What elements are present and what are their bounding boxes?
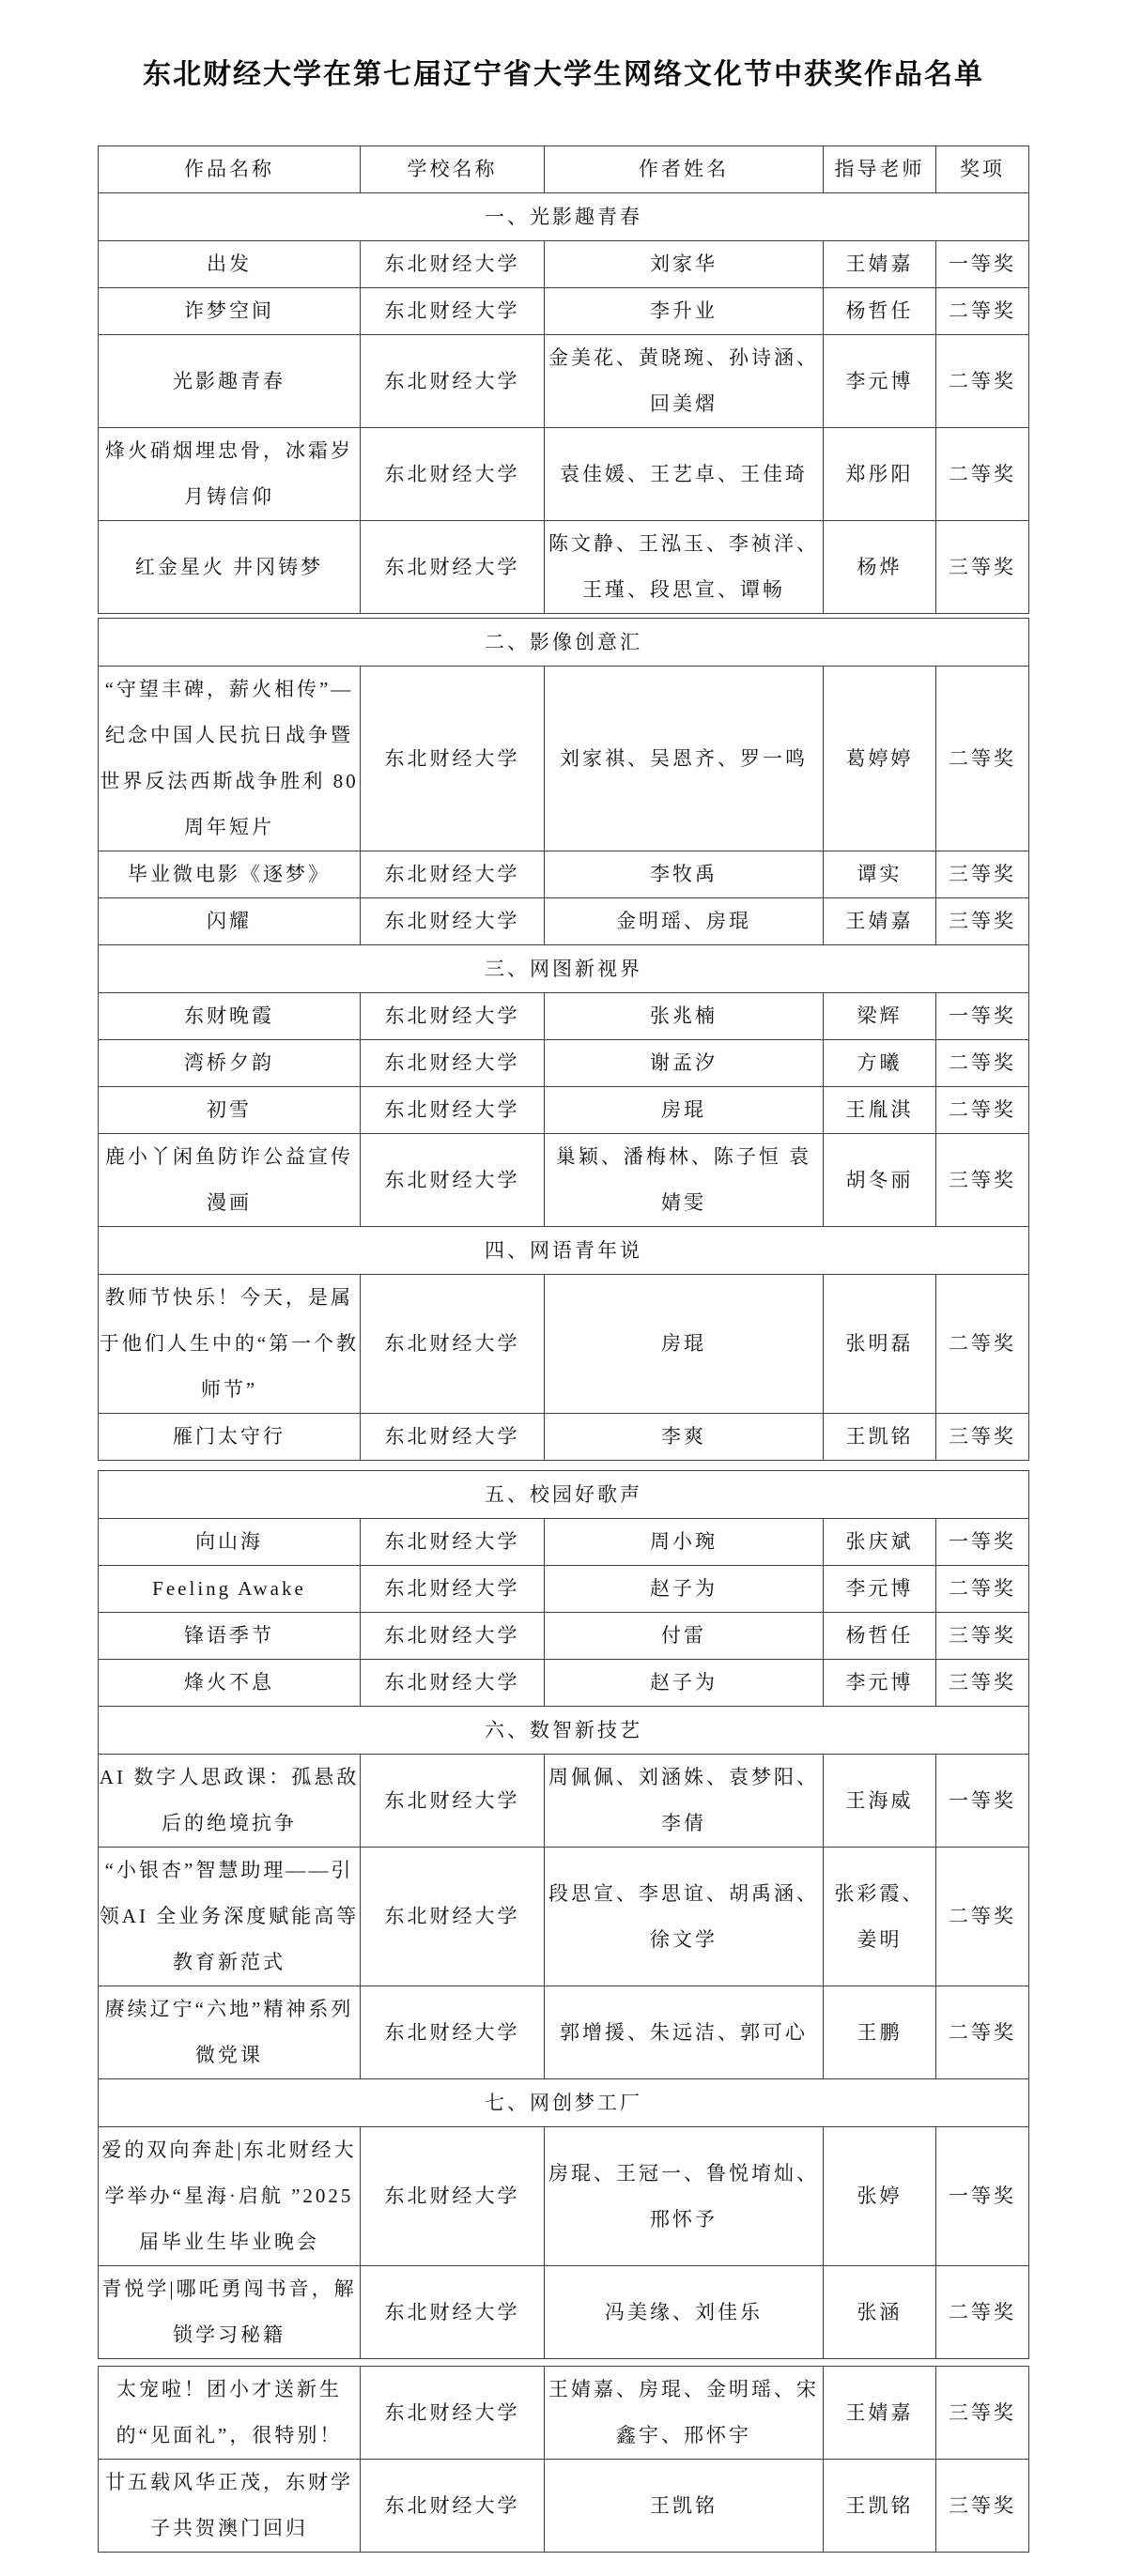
work-title-cell: 烽火硝烟埋忠骨，冰霜岁月铸信仰 [99,428,361,521]
work-title-cell: 教师节快乐！今天，是属于他们人生中的“第一个教师节” [99,1275,361,1414]
work-title-cell: 湾桥夕韵 [99,1040,361,1087]
advisor-cell: 王凯铭 [824,1414,936,1461]
school-cell: 东北财经大学 [361,1566,545,1613]
work-title-cell: 廿五载风华正茂，东财学子共贺澳门回归 [99,2460,361,2553]
school-cell: 东北财经大学 [361,241,545,288]
award-cell: 二等奖 [936,2266,1029,2359]
award-cell: 二等奖 [936,667,1029,851]
work-title-cell: 初雪 [99,1087,361,1134]
school-cell: 东北财经大学 [361,1848,545,1986]
award-cell: 三等奖 [936,521,1029,614]
award-cell: 一等奖 [936,993,1029,1040]
work-title-cell: 闪耀 [99,898,361,945]
school-cell: 东北财经大学 [361,1275,545,1414]
authors-cell: 郭增援、朱远洁、郭可心 [545,1986,824,2079]
school-cell: 东北财经大学 [361,1755,545,1848]
table-header-cell: 学校名称 [361,146,545,193]
school-cell: 东北财经大学 [361,335,545,428]
table-row: 湾桥夕韵东北财经大学谢孟汐方曦二等奖 [99,1040,1029,1087]
section-band-row: 五、校园好歌声 [99,1471,1029,1519]
table-row: 青悦学|哪吒勇闯书音，解锁学习秘籍东北财经大学冯美缘、刘佳乐张涵二等奖 [99,2266,1029,2359]
work-title-cell: 鹿小丫闲鱼防诈公益宣传漫画 [99,1134,361,1227]
table-row: 烽火硝烟埋忠骨，冰霜岁月铸信仰东北财经大学袁佳媛、王艺卓、王佳琦郑彤阳二等奖 [99,428,1029,521]
advisor-cell: 张涵 [824,2266,936,2359]
authors-cell: 周佩佩、刘涵姝、袁梦阳、李倩 [545,1755,824,1848]
award-cell: 二等奖 [936,1040,1029,1087]
authors-cell: 房琨 [545,1275,824,1414]
advisor-cell: 张彩霞、姜明 [824,1848,936,1986]
award-cell: 二等奖 [936,428,1029,521]
authors-cell: 李爽 [545,1414,824,1461]
table-row: 毕业微电影《逐梦》东北财经大学李牧禹谭实三等奖 [99,851,1029,898]
advisor-cell: 李元博 [824,335,936,428]
award-cell: 二等奖 [936,1275,1029,1414]
advisor-cell: 张明磊 [824,1275,936,1414]
authors-cell: 冯美缘、刘佳乐 [545,2266,824,2359]
work-title-cell: 青悦学|哪吒勇闯书音，解锁学习秘籍 [99,2266,361,2359]
authors-cell: 刘家祺、吴恩齐、罗一鸣 [545,667,824,851]
table-row: 烽火不息东北财经大学赵子为李元博三等奖 [99,1660,1029,1707]
school-cell: 东北财经大学 [361,2127,545,2266]
advisor-cell: 梁辉 [824,993,936,1040]
school-cell: 东北财经大学 [361,1613,545,1660]
table-row: 出发东北财经大学刘家华王婧嘉一等奖 [99,241,1029,288]
authors-cell: 王婧嘉、房琨、金明瑶、宋鑫宇、邢怀宇 [545,2367,824,2460]
school-cell: 东北财经大学 [361,1986,545,2079]
advisor-cell: 杨烨 [824,521,936,614]
school-cell: 东北财经大学 [361,1087,545,1134]
authors-cell: 房琨、王冠一、鲁悦堉灿、邢怀予 [545,2127,824,2266]
table-row: Feeling Awake东北财经大学赵子为李元博二等奖 [99,1566,1029,1613]
award-cell: 二等奖 [936,1087,1029,1134]
table-row: 教师节快乐！今天，是属于他们人生中的“第一个教师节”东北财经大学房琨张明磊二等奖 [99,1275,1029,1414]
section-band: 三、网图新视界 [99,945,1029,993]
table-header-cell: 作品名称 [99,146,361,193]
advisor-cell: 王婧嘉 [824,2367,936,2460]
table-row: 雁门太守行东北财经大学李爽王凯铭三等奖 [99,1414,1029,1461]
award-cell: 三等奖 [936,1613,1029,1660]
advisor-cell: 胡冬丽 [824,1134,936,1227]
award-cell: 二等奖 [936,1986,1029,2079]
work-title-cell: AI 数字人思政课：孤悬敌后的绝境抗争 [99,1755,361,1848]
work-title-cell: 太宠啦！团小才送新生的“见面礼”，很特别！ [99,2367,361,2460]
school-cell: 东北财经大学 [361,428,545,521]
work-title-cell: “守望丰碑，薪火相传”—纪念中国人民抗日战争暨世界反法西斯战争胜利 80 周年短… [99,667,361,851]
work-title-cell: 爱的双向奔赴|东北财经大学举办“星海·启航 ”2025 届毕业生毕业晚会 [99,2127,361,2266]
table-row: 向山海东北财经大学周小琬张庆斌一等奖 [99,1519,1029,1566]
section-band-row: 三、网图新视界 [99,945,1029,993]
table-row: AI 数字人思政课：孤悬敌后的绝境抗争东北财经大学周佩佩、刘涵姝、袁梦阳、李倩王… [99,1755,1029,1848]
work-title-cell: 烽火不息 [99,1660,361,1707]
table-row: 东财晚霞东北财经大学张兆楠梁辉一等奖 [99,993,1029,1040]
school-cell: 东北财经大学 [361,288,545,335]
advisor-cell: 方曦 [824,1040,936,1087]
award-cell: 一等奖 [936,2127,1029,2266]
awards-table-page: 作品名称学校名称作者姓名指导老师奖项一、光影趣青春出发东北财经大学刘家华王婧嘉一… [98,146,1029,614]
school-cell: 东北财经大学 [361,2266,545,2359]
work-title-cell: 毕业微电影《逐梦》 [99,851,361,898]
section-band: 一、光影趣青春 [99,193,1029,241]
awards-table-page: 五、校园好歌声向山海东北财经大学周小琬张庆斌一等奖Feeling Awake东北… [98,1470,1029,2359]
advisor-cell: 王婧嘉 [824,241,936,288]
section-band: 二、影像创意汇 [99,619,1029,667]
section-band-row: 一、光影趣青春 [99,193,1029,241]
advisor-cell: 李元博 [824,1566,936,1613]
section-band-row: 六、数智新技艺 [99,1707,1029,1755]
award-cell: 三等奖 [936,2367,1029,2460]
award-cell: 一等奖 [936,241,1029,288]
advisor-cell: 王凯铭 [824,2460,936,2553]
table-row: 太宠啦！团小才送新生的“见面礼”，很特别！东北财经大学王婧嘉、房琨、金明瑶、宋鑫… [99,2367,1029,2460]
award-cell: 三等奖 [936,851,1029,898]
table-header-cell: 作者姓名 [545,146,824,193]
advisor-cell: 杨哲任 [824,288,936,335]
table-header-cell: 指导老师 [824,146,936,193]
school-cell: 东北财经大学 [361,1134,545,1227]
school-cell: 东北财经大学 [361,2460,545,2553]
authors-cell: 李牧禹 [545,851,824,898]
school-cell: 东北财经大学 [361,1040,545,1087]
school-cell: 东北财经大学 [361,1519,545,1566]
table-row: 赓续辽宁“六地”精神系列微党课东北财经大学郭增援、朱远洁、郭可心王鹏二等奖 [99,1986,1029,2079]
work-title-cell: 雁门太守行 [99,1414,361,1461]
award-cell: 二等奖 [936,1848,1029,1986]
table-header-row: 作品名称学校名称作者姓名指导老师奖项 [99,146,1029,193]
advisor-cell: 张庆斌 [824,1519,936,1566]
work-title-cell: “小银杏”智慧助理——引领AI 全业务深度赋能高等教育新范式 [99,1848,361,1986]
authors-cell: 袁佳媛、王艺卓、王佳琦 [545,428,824,521]
school-cell: 东北财经大学 [361,1414,545,1461]
table-row: “小银杏”智慧助理——引领AI 全业务深度赋能高等教育新范式东北财经大学段思宣、… [99,1848,1029,1986]
table-row: 红金星火 井冈铸梦东北财经大学陈文静、王泓玉、李祯洋、王瑾、段思宣、谭畅杨烨三等… [99,521,1029,614]
advisor-cell: 杨哲任 [824,1613,936,1660]
school-cell: 东北财经大学 [361,993,545,1040]
table-row: 鹿小丫闲鱼防诈公益宣传漫画东北财经大学巢颖、潘梅林、陈子恒 袁婧雯胡冬丽三等奖 [99,1134,1029,1227]
work-title-cell: 锋语季节 [99,1613,361,1660]
awards-table: 作品名称学校名称作者姓名指导老师奖项一、光影趣青春出发东北财经大学刘家华王婧嘉一… [98,146,1029,2553]
authors-cell: 李升业 [545,288,824,335]
authors-cell: 王凯铭 [545,2460,824,2553]
page-title: 东北财经大学在第七届辽宁省大学生网络文化节中获奖作品名单 [0,0,1127,97]
work-title-cell: 光影趣青春 [99,335,361,428]
section-band-row: 四、网语青年说 [99,1227,1029,1275]
authors-cell: 赵子为 [545,1566,824,1613]
work-title-cell: 诈梦空间 [99,288,361,335]
table-header-cell: 奖项 [936,146,1029,193]
work-title-cell: 赓续辽宁“六地”精神系列微党课 [99,1986,361,2079]
authors-cell: 金美花、黄晓琬、孙诗涵、回美熠 [545,335,824,428]
work-title-cell: 红金星火 井冈铸梦 [99,521,361,614]
school-cell: 东北财经大学 [361,667,545,851]
work-title-cell: 出发 [99,241,361,288]
section-band: 五、校园好歌声 [99,1471,1029,1519]
award-cell: 三等奖 [936,898,1029,945]
table-row: “守望丰碑，薪火相传”—纪念中国人民抗日战争暨世界反法西斯战争胜利 80 周年短… [99,667,1029,851]
award-cell: 二等奖 [936,288,1029,335]
table-row: 初雪东北财经大学房琨王胤淇二等奖 [99,1087,1029,1134]
awards-table-page: 太宠啦！团小才送新生的“见面礼”，很特别！东北财经大学王婧嘉、房琨、金明瑶、宋鑫… [98,2366,1029,2553]
authors-cell: 金明瑶、房琨 [545,898,824,945]
section-band-row: 二、影像创意汇 [99,619,1029,667]
section-band: 七、网创梦工厂 [99,2079,1029,2127]
award-cell: 三等奖 [936,1660,1029,1707]
section-band: 六、数智新技艺 [99,1707,1029,1755]
document-page: 东北财经大学在第七届辽宁省大学生网络文化节中获奖作品名单 作品名称学校名称作者姓… [0,0,1127,2576]
school-cell: 东北财经大学 [361,898,545,945]
advisor-cell: 谭实 [824,851,936,898]
advisor-cell: 王胤淇 [824,1087,936,1134]
table-row: 锋语季节东北财经大学付雷杨哲任三等奖 [99,1613,1029,1660]
award-cell: 一等奖 [936,1755,1029,1848]
advisor-cell: 李元博 [824,1660,936,1707]
school-cell: 东北财经大学 [361,851,545,898]
table-row: 爱的双向奔赴|东北财经大学举办“星海·启航 ”2025 届毕业生毕业晚会东北财经… [99,2127,1029,2266]
authors-cell: 段思宣、李思谊、胡禹涵、徐文学 [545,1848,824,1986]
work-title-cell: Feeling Awake [99,1566,361,1613]
advisor-cell: 王鹏 [824,1986,936,2079]
authors-cell: 陈文静、王泓玉、李祯洋、王瑾、段思宣、谭畅 [545,521,824,614]
award-cell: 二等奖 [936,335,1029,428]
authors-cell: 张兆楠 [545,993,824,1040]
section-band-row: 七、网创梦工厂 [99,2079,1029,2127]
table-row: 廿五载风华正茂，东财学子共贺澳门回归东北财经大学王凯铭王凯铭三等奖 [99,2460,1029,2553]
award-cell: 三等奖 [936,1134,1029,1227]
award-cell: 三等奖 [936,2460,1029,2553]
award-cell: 一等奖 [936,1519,1029,1566]
work-title-cell: 东财晚霞 [99,993,361,1040]
table-row: 光影趣青春东北财经大学金美花、黄晓琬、孙诗涵、回美熠李元博二等奖 [99,335,1029,428]
award-cell: 二等奖 [936,1566,1029,1613]
advisor-cell: 王婧嘉 [824,898,936,945]
table-row: 诈梦空间东北财经大学李升业杨哲任二等奖 [99,288,1029,335]
authors-cell: 谢孟汐 [545,1040,824,1087]
school-cell: 东北财经大学 [361,521,545,614]
authors-cell: 巢颖、潘梅林、陈子恒 袁婧雯 [545,1134,824,1227]
authors-cell: 赵子为 [545,1660,824,1707]
school-cell: 东北财经大学 [361,2367,545,2460]
award-cell: 三等奖 [936,1414,1029,1461]
authors-cell: 付雷 [545,1613,824,1660]
awards-table-page: 二、影像创意汇“守望丰碑，薪火相传”—纪念中国人民抗日战争暨世界反法西斯战争胜利… [98,618,1029,1461]
advisor-cell: 张婷 [824,2127,936,2266]
authors-cell: 周小琬 [545,1519,824,1566]
advisor-cell: 葛婷婷 [824,667,936,851]
advisor-cell: 郑彤阳 [824,428,936,521]
advisor-cell: 王海威 [824,1755,936,1848]
work-title-cell: 向山海 [99,1519,361,1566]
section-band: 四、网语青年说 [99,1227,1029,1275]
table-row: 闪耀东北财经大学金明瑶、房琨王婧嘉三等奖 [99,898,1029,945]
school-cell: 东北财经大学 [361,1660,545,1707]
authors-cell: 房琨 [545,1087,824,1134]
authors-cell: 刘家华 [545,241,824,288]
